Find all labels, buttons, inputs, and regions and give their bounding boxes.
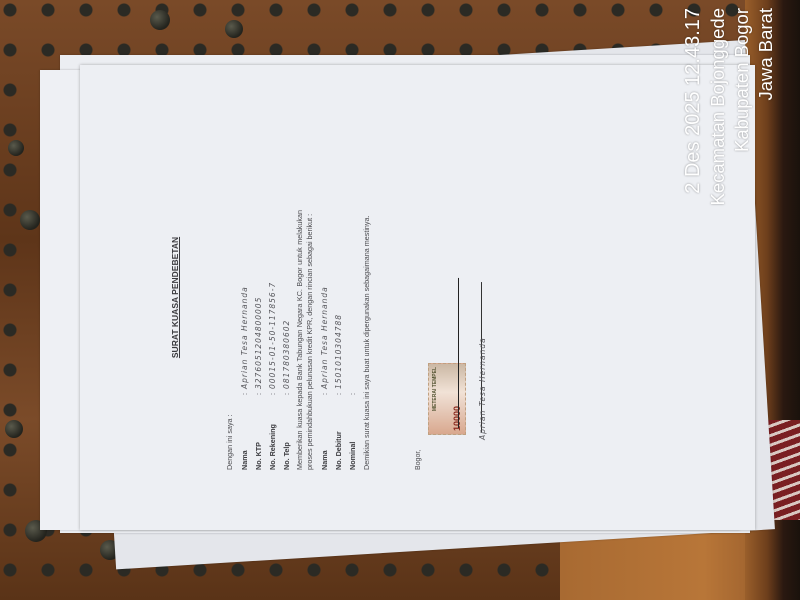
intro-text: Dengan ini saya : xyxy=(225,414,234,470)
field-label: Nama xyxy=(320,395,329,470)
carved-knob xyxy=(5,420,23,438)
carved-knob xyxy=(8,140,24,156)
document-title: SURAT KUASA PENDEBETAN xyxy=(170,65,180,530)
place-label: Bogor, xyxy=(415,450,422,470)
signer-name: Aprian Tesa Hernanda xyxy=(478,337,487,440)
authorization-paragraph: Memberikan kuasa kepada Bank Tabungan Ne… xyxy=(295,210,315,470)
field-value: Aprian Tesa Hernanda xyxy=(240,286,249,389)
overlay-datetime: 2 Des 2025 12.43.17 xyxy=(680,8,706,270)
field-value: 3276051204800005 xyxy=(254,297,263,389)
carved-knob xyxy=(150,10,170,30)
field-value: Aprian Tesa Hernanda xyxy=(320,286,329,389)
stamp-label: METERAI TEMPEL xyxy=(432,367,438,411)
field-label: No. Telp xyxy=(282,395,291,470)
field-value: 081780380602 xyxy=(282,320,291,389)
carved-knob xyxy=(225,20,243,38)
field-row: No. Rekening:00015-01-50-117856-7 xyxy=(268,282,277,470)
overlay-province: Jawa Barat xyxy=(754,8,778,270)
overlay-regency: Kabupaten Bogor xyxy=(730,8,754,270)
field-label: Nama xyxy=(240,395,249,470)
field-label: No. Rekening xyxy=(268,395,277,470)
field-value: 00015-01-50-117856-7 xyxy=(268,282,277,389)
field-label: Nominal xyxy=(348,395,357,470)
field-row: No. Debitur:1501010304788 xyxy=(334,314,343,470)
field-label: No. Debitur xyxy=(334,395,343,470)
field-label: No. KTP xyxy=(254,395,263,470)
field-row: No. Telp:081780380602 xyxy=(282,320,291,470)
overlay-district: Kecamatan Bojonggede xyxy=(706,8,730,270)
field-row: Nama:Aprian Tesa Hernanda xyxy=(320,286,329,470)
document-content: SURAT KUASA PENDEBETAN Dengan ini saya :… xyxy=(80,65,755,530)
field-row: No. KTP:3276051204800005 xyxy=(254,297,263,470)
timestamp-overlay: 2 Des 2025 12.43.17 Kecamatan Bojonggede… xyxy=(680,8,792,270)
document-page: SURAT KUASA PENDEBETAN Dengan ini saya :… xyxy=(80,65,755,530)
carved-knob xyxy=(20,210,40,230)
field-row: Nominal: xyxy=(348,389,357,470)
field-value: 1501010304788 xyxy=(334,314,343,389)
field-row: Nama:Aprian Tesa Hernanda xyxy=(240,286,249,470)
closing-text: Demikian surat kuasa ini saya buat untuk… xyxy=(362,215,371,470)
